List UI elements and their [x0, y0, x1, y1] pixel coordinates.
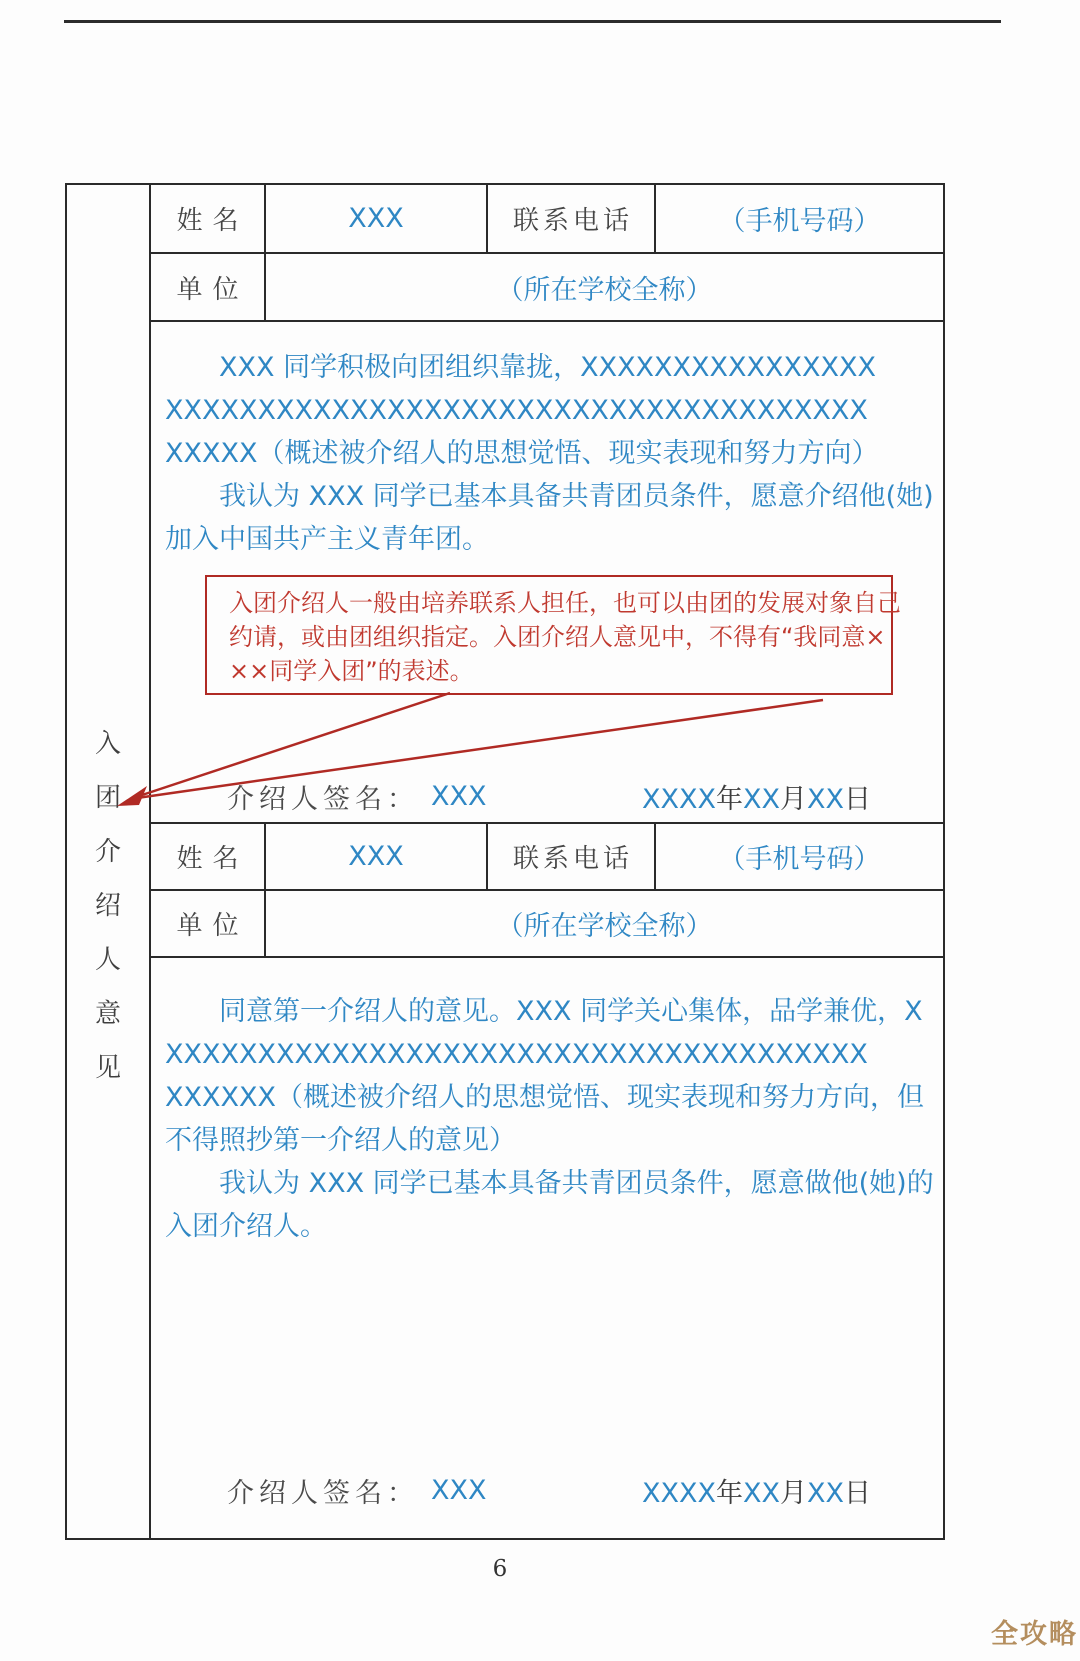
table-row-unit-2: 单位 （所在学校全称） [151, 891, 943, 958]
section-title-column: 入 团 介 绍 人 意 见 [67, 185, 151, 1538]
section-title-char: 入 [95, 723, 121, 760]
date-month-unit-2: 月 [780, 1478, 807, 1509]
opinion-cell-1: XXX 同学积极向团组织靠拢，XXXXXXXXXXXXXXXX XXXXXXXX… [151, 322, 943, 824]
date-month-1: XX [743, 784, 780, 815]
phone-label-2: 联系电话 [488, 824, 656, 889]
section-title-char: 见 [95, 1047, 121, 1084]
date-year-unit-2: 年 [716, 1478, 743, 1509]
name-value-2: XXX [266, 824, 488, 889]
opinion-text-1: XXX 同学积极向团组织靠拢，XXXXXXXXXXXXXXXX XXXXXXXX… [165, 346, 935, 561]
annotation-line: ××同学入团”的表述。 [229, 654, 891, 688]
opinion-line: 不得照抄第一介绍人的意见） [165, 1119, 935, 1162]
table-content-area: 姓名 XXX 联系电话 （手机号码） 单位 （所在学校全称） XXX 同学积极向… [151, 185, 943, 1538]
name-label-2: 姓名 [151, 824, 266, 889]
header-rule [64, 20, 1001, 23]
opinion-line: XXXXXX（概述被介绍人的思想觉悟、现实表现和努力方向，但 [165, 1076, 935, 1119]
opinion-line: 加入中国共产主义青年团。 [165, 518, 935, 561]
opinion-line: XXX 同学积极向团组织靠拢，XXXXXXXXXXXXXXXX [165, 346, 935, 389]
section-title-char: 绍 [95, 885, 121, 922]
section-title-char: 团 [95, 777, 121, 814]
annotation-line: 约请，或由团组织指定。入团介绍人意见中，不得有“我同意× [229, 620, 891, 654]
unit-label-2: 单位 [151, 891, 266, 956]
date-month-unit-1: 月 [780, 784, 807, 815]
signature-name-1: XXX [431, 781, 487, 812]
signature-left-2: 介绍人签名： XXX [227, 1471, 487, 1510]
signature-name-2: XXX [431, 1475, 487, 1506]
name-label-1: 姓名 [151, 185, 266, 252]
signature-row-1: 介绍人签名： XXX XXXX年XX月XX日 [151, 777, 943, 816]
phone-value-1: （手机号码） [656, 185, 943, 252]
section-title-vertical: 入 团 介 绍 人 意 见 [67, 723, 149, 1084]
phone-label-1: 联系电话 [488, 185, 656, 252]
date-day-1: XX [807, 784, 844, 815]
opinion-line: 我认为 XXX 同学已基本具备共青团员条件，愿意做他(她)的 [165, 1162, 935, 1205]
signature-row-2: 介绍人签名： XXX XXXX年XX月XX日 [151, 1471, 943, 1510]
signature-label-1: 介绍人签名： [227, 777, 419, 816]
watermark-logo: 全攻略 [991, 1612, 1080, 1651]
opinion-line: XXXXXXXXXXXXXXXXXXXXXXXXXXXXXXXXXXXXXX [165, 389, 935, 432]
opinion-line: 入团介绍人。 [165, 1205, 935, 1248]
signature-date-2: XXXX年XX月XX日 [642, 1471, 871, 1510]
unit-value-2: （所在学校全称） [266, 891, 943, 956]
annotation-line: 入团介绍人一般由培养联系人担任，也可以由团的发展对象自己 [229, 586, 891, 620]
phone-value-2: （手机号码） [656, 824, 943, 889]
section-title-char: 意 [95, 993, 121, 1030]
signature-left-1: 介绍人签名： XXX [227, 777, 487, 816]
opinion-line: 同意第一介绍人的意见。XXX 同学关心集体，品学兼优，X [165, 990, 935, 1033]
section-title-char: 人 [95, 939, 121, 976]
date-day-unit-1: 日 [844, 784, 871, 815]
table-row-unit-1: 单位 （所在学校全称） [151, 254, 943, 322]
table-row-name-2: 姓名 XXX 联系电话 （手机号码） [151, 824, 943, 891]
page-number: 6 [0, 1556, 1000, 1582]
date-year-2: XXXX [642, 1478, 716, 1509]
opinion-text-2: 同意第一介绍人的意见。XXX 同学关心集体，品学兼优，X XXXXXXXXXXX… [165, 990, 935, 1248]
date-year-unit-1: 年 [716, 784, 743, 815]
document-page: 入 团 介 绍 人 意 见 姓名 XXX 联系电话 （手机号码） 单位 （所在学… [0, 0, 1080, 1661]
date-day-unit-2: 日 [844, 1478, 871, 1509]
name-value-1: XXX [266, 185, 488, 252]
table-row-name-1: 姓名 XXX 联系电话 （手机号码） [151, 185, 943, 254]
date-month-2: XX [743, 1478, 780, 1509]
unit-value-1: （所在学校全称） [266, 254, 943, 320]
signature-label-2: 介绍人签名： [227, 1471, 419, 1510]
recommender-opinion-table: 入 团 介 绍 人 意 见 姓名 XXX 联系电话 （手机号码） 单位 （所在学… [65, 183, 945, 1540]
opinion-line: 我认为 XXX 同学已基本具备共青团员条件，愿意介绍他(她) [165, 475, 935, 518]
opinion-line: XXXXX（概述被介绍人的思想觉悟、现实表现和努力方向） [165, 432, 935, 475]
signature-date-1: XXXX年XX月XX日 [642, 777, 871, 816]
opinion-cell-2: 同意第一介绍人的意见。XXX 同学关心集体，品学兼优，X XXXXXXXXXXX… [151, 958, 943, 1536]
date-year-1: XXXX [642, 784, 716, 815]
annotation-note-box: 入团介绍人一般由培养联系人担任，也可以由团的发展对象自己 约请，或由团组织指定。… [205, 575, 893, 695]
opinion-line: XXXXXXXXXXXXXXXXXXXXXXXXXXXXXXXXXXXXXX [165, 1033, 935, 1076]
section-title-char: 介 [95, 831, 121, 868]
unit-label-1: 单位 [151, 254, 266, 320]
date-day-2: XX [807, 1478, 844, 1509]
